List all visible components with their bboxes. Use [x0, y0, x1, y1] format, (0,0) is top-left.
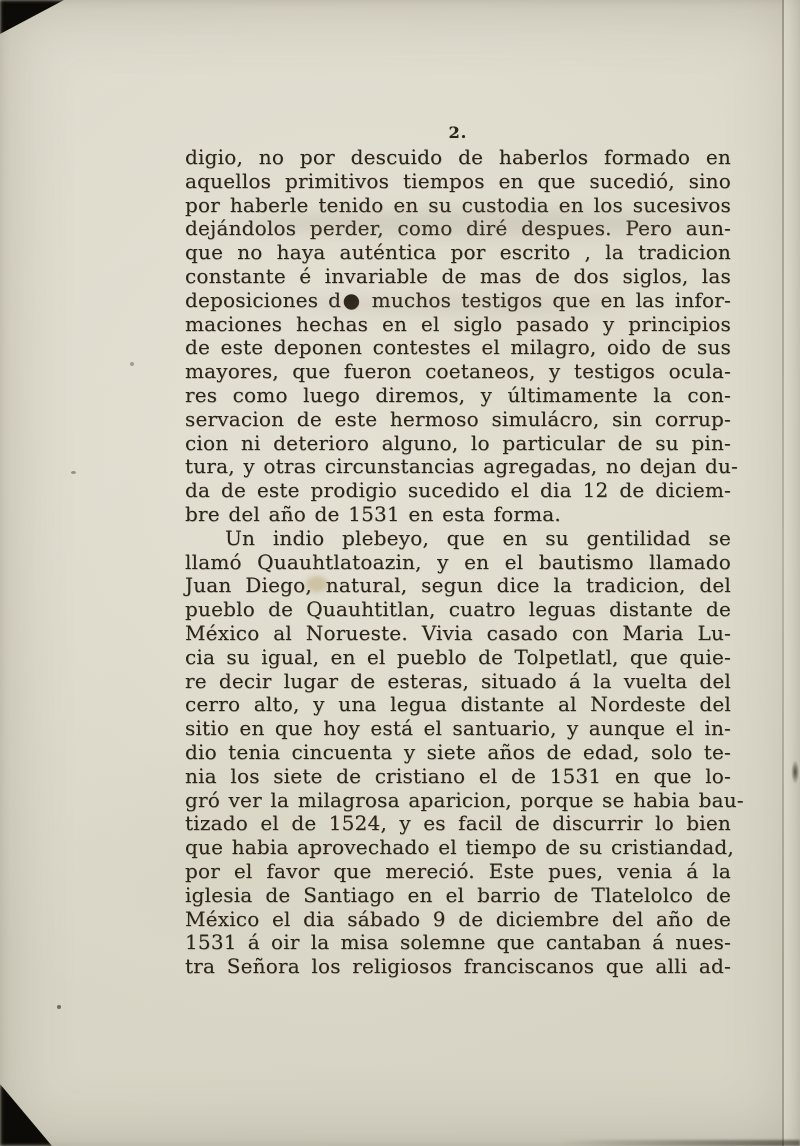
- paper-speck: [130, 362, 134, 366]
- text-line: pueblo de Quauhtitlan, cuatro leguas dis…: [185, 598, 731, 622]
- text-block: digio, no por descuido de haberlos forma…: [185, 146, 731, 979]
- text-line: Juan Diego, natural, segun dice la tradi…: [185, 574, 731, 598]
- text-line: llamó Quauhtlatoazin, y en el bautismo l…: [185, 551, 731, 575]
- text-line: cerro alto, y una legua distante al Nord…: [185, 693, 731, 717]
- text-line: por haberle tenido en su custodia en los…: [185, 194, 731, 218]
- text-line: 1531 á oir la misa solemne que cantaban …: [185, 931, 731, 955]
- text-line: tura, y otras circunstancias agregadas, …: [185, 455, 731, 479]
- text-line: que habia aprovechado el tiempo de su cr…: [185, 836, 731, 860]
- text-line: servacion de este hermoso simulácro, sin…: [185, 408, 731, 432]
- text-line: por el favor que mereció. Este pues, ven…: [185, 860, 731, 884]
- text-line: maciones hechas en el siglo pasado y pri…: [185, 313, 731, 337]
- text-line: México el dia sábado 9 de diciembre del …: [185, 908, 731, 932]
- text-line: sitio en que hoy está el santuario, y au…: [185, 717, 731, 741]
- text-line: cia su igual, en el pueblo de Tolpetlatl…: [185, 646, 731, 670]
- text-line: de este deponen contestes el milagro, oi…: [185, 336, 731, 360]
- text-line-paragraph-end: bre del año de 1531 en esta forma.: [185, 503, 731, 527]
- text-line: da de este prodigio sucedido el dia 12 d…: [185, 479, 731, 503]
- text-line: cion ni deterioro alguno, lo particular …: [185, 432, 731, 456]
- text-line: gró ver la milagrosa aparicion, porque s…: [185, 789, 731, 813]
- text-line: tizado el de 1524, y es facil de discurr…: [185, 812, 731, 836]
- text-line: México al Norueste. Vivia casado con Mar…: [185, 622, 731, 646]
- text-line: dejándolos perder, como diré despues. Pe…: [185, 217, 731, 241]
- text-line-paragraph-start: Un indio plebeyo, que en su gentilidad s…: [185, 527, 731, 551]
- page-edge-notch: [788, 752, 800, 792]
- text-line: nia los siete de cristiano el de 1531 en…: [185, 765, 731, 789]
- paper-speck: [71, 471, 76, 474]
- page-corner-shadow-bottom-left: [0, 1084, 60, 1146]
- page-edge-band-right: [784, 0, 800, 1146]
- page-edge-shadow-bottom: [560, 1140, 800, 1146]
- text-line: aquellos primitivos tiempos en que suced…: [185, 170, 731, 194]
- page-corner-shadow-top-left: [0, 0, 70, 40]
- page-number: 2.: [185, 123, 731, 142]
- text-line: tra Señora los religiosos franciscanos q…: [185, 955, 731, 979]
- text-line: iglesia de Santiago en el barrio de Tlat…: [185, 884, 731, 908]
- text-line: res como luego diremos, y últimamente la…: [185, 384, 731, 408]
- book-page-scan: 2. digio, no por descuido de haberlos fo…: [0, 0, 800, 1146]
- text-line: constante é invariable de mas de dos sig…: [185, 265, 731, 289]
- page-crease-right: [782, 0, 784, 1146]
- text-line: que no haya auténtica por escrito , la t…: [185, 241, 731, 265]
- text-line: re decir lugar de esteras, situado á la …: [185, 670, 731, 694]
- paper-speck: [57, 1005, 61, 1009]
- text-line: dio tenia cincuenta y siete años de edad…: [185, 741, 731, 765]
- text-line: deposiciones d● muchos testigos que en l…: [185, 289, 731, 313]
- text-line: mayores, que fueron coetaneos, y testigo…: [185, 360, 731, 384]
- text-line: digio, no por descuido de haberlos forma…: [185, 146, 731, 170]
